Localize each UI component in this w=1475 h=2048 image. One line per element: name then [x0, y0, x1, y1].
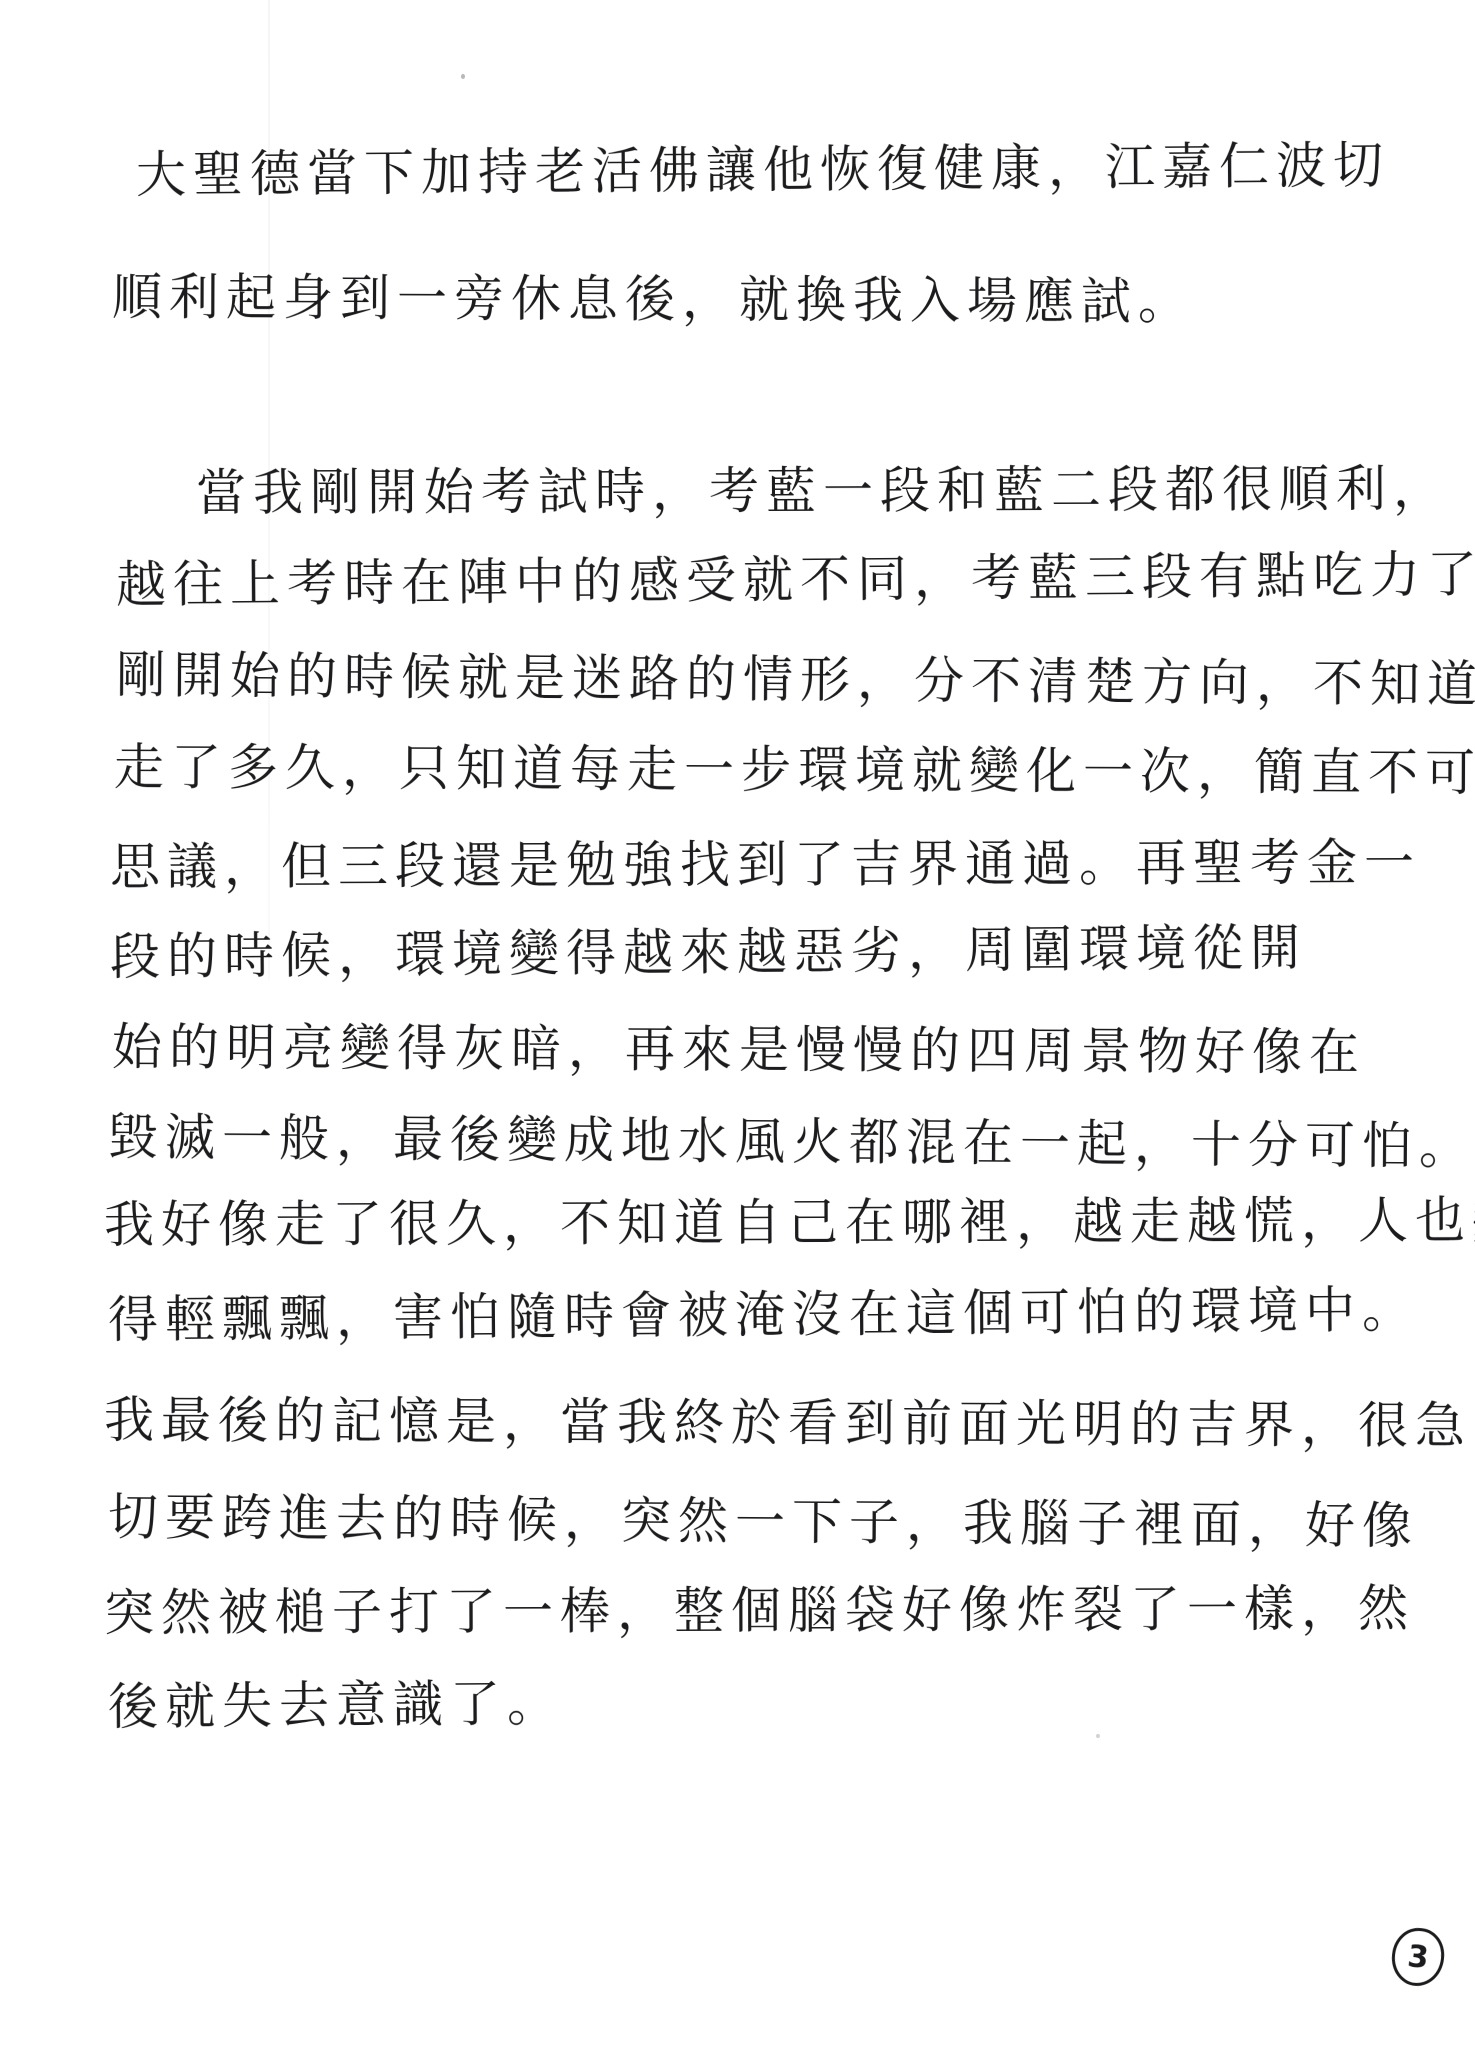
handwritten-line-2: 順利起身到一旁休息後，就換我入場應試。	[112, 272, 1195, 327]
scanned-page: 大聖德當下加持老活佛讓他恢復健康，江嘉仁波切 順利起身到一旁休息後，就換我入場應…	[0, 0, 1475, 2048]
page-number-value: 3	[1406, 1939, 1430, 1976]
handwritten-line-8: 段的時候，環境變得越來越惡劣，周圍環境從開	[110, 923, 1307, 982]
handwritten-line-14: 切要跨進去的時候，突然一下子，我腦子裡面，好像	[108, 1492, 1419, 1551]
handwritten-line-9: 始的明亮變得灰暗，再來是慢慢的四周景物好像在	[112, 1022, 1366, 1077]
handwritten-line-15: 突然被槌子打了一棒，整個腦袋好像炸裂了一樣，然	[104, 1583, 1415, 1638]
handwritten-line-13: 我最後的記憶是，當我終於看到前面光明的吉界，很急	[104, 1395, 1472, 1451]
scan-dot-artifact	[461, 74, 465, 79]
page-number-badge: 3	[1389, 1925, 1447, 1988]
handwritten-line-10: 毀滅一般，最後變成地水風火都混在一起，十分可怕。	[108, 1112, 1475, 1172]
handwritten-line-7: 思議，但三段還是勉強找到了吉界通過。再聖考金一	[110, 837, 1421, 892]
handwritten-line-11: 我好像走了很久，不知道自己在哪裡，越走越慌，人也變	[104, 1195, 1475, 1250]
handwritten-line-1: 大聖德當下加持老活佛讓他恢復健康，江嘉仁波切	[136, 140, 1390, 200]
handwritten-line-16: 後就失去意識了。	[108, 1678, 564, 1732]
handwritten-line-6: 走了多久，只知道每走一步環境就變化一次，簡直不可	[114, 742, 1475, 798]
handwritten-line-12: 得輕飄飄，害怕隨時會被淹沒在這個可怕的環境中。	[108, 1285, 1419, 1345]
scan-dot-artifact	[1096, 1734, 1100, 1738]
handwritten-line-3: 當我剛開始考試時，考藍一段和藍二段都很順利，	[196, 464, 1450, 518]
handwritten-line-4: 越往上考時在陣中的感受就不同，考藍三段有點吃力了，	[116, 549, 1475, 610]
handwritten-line-5: 剛開始的時候就是迷路的情形，分不清楚方向，不知道	[116, 650, 1475, 710]
